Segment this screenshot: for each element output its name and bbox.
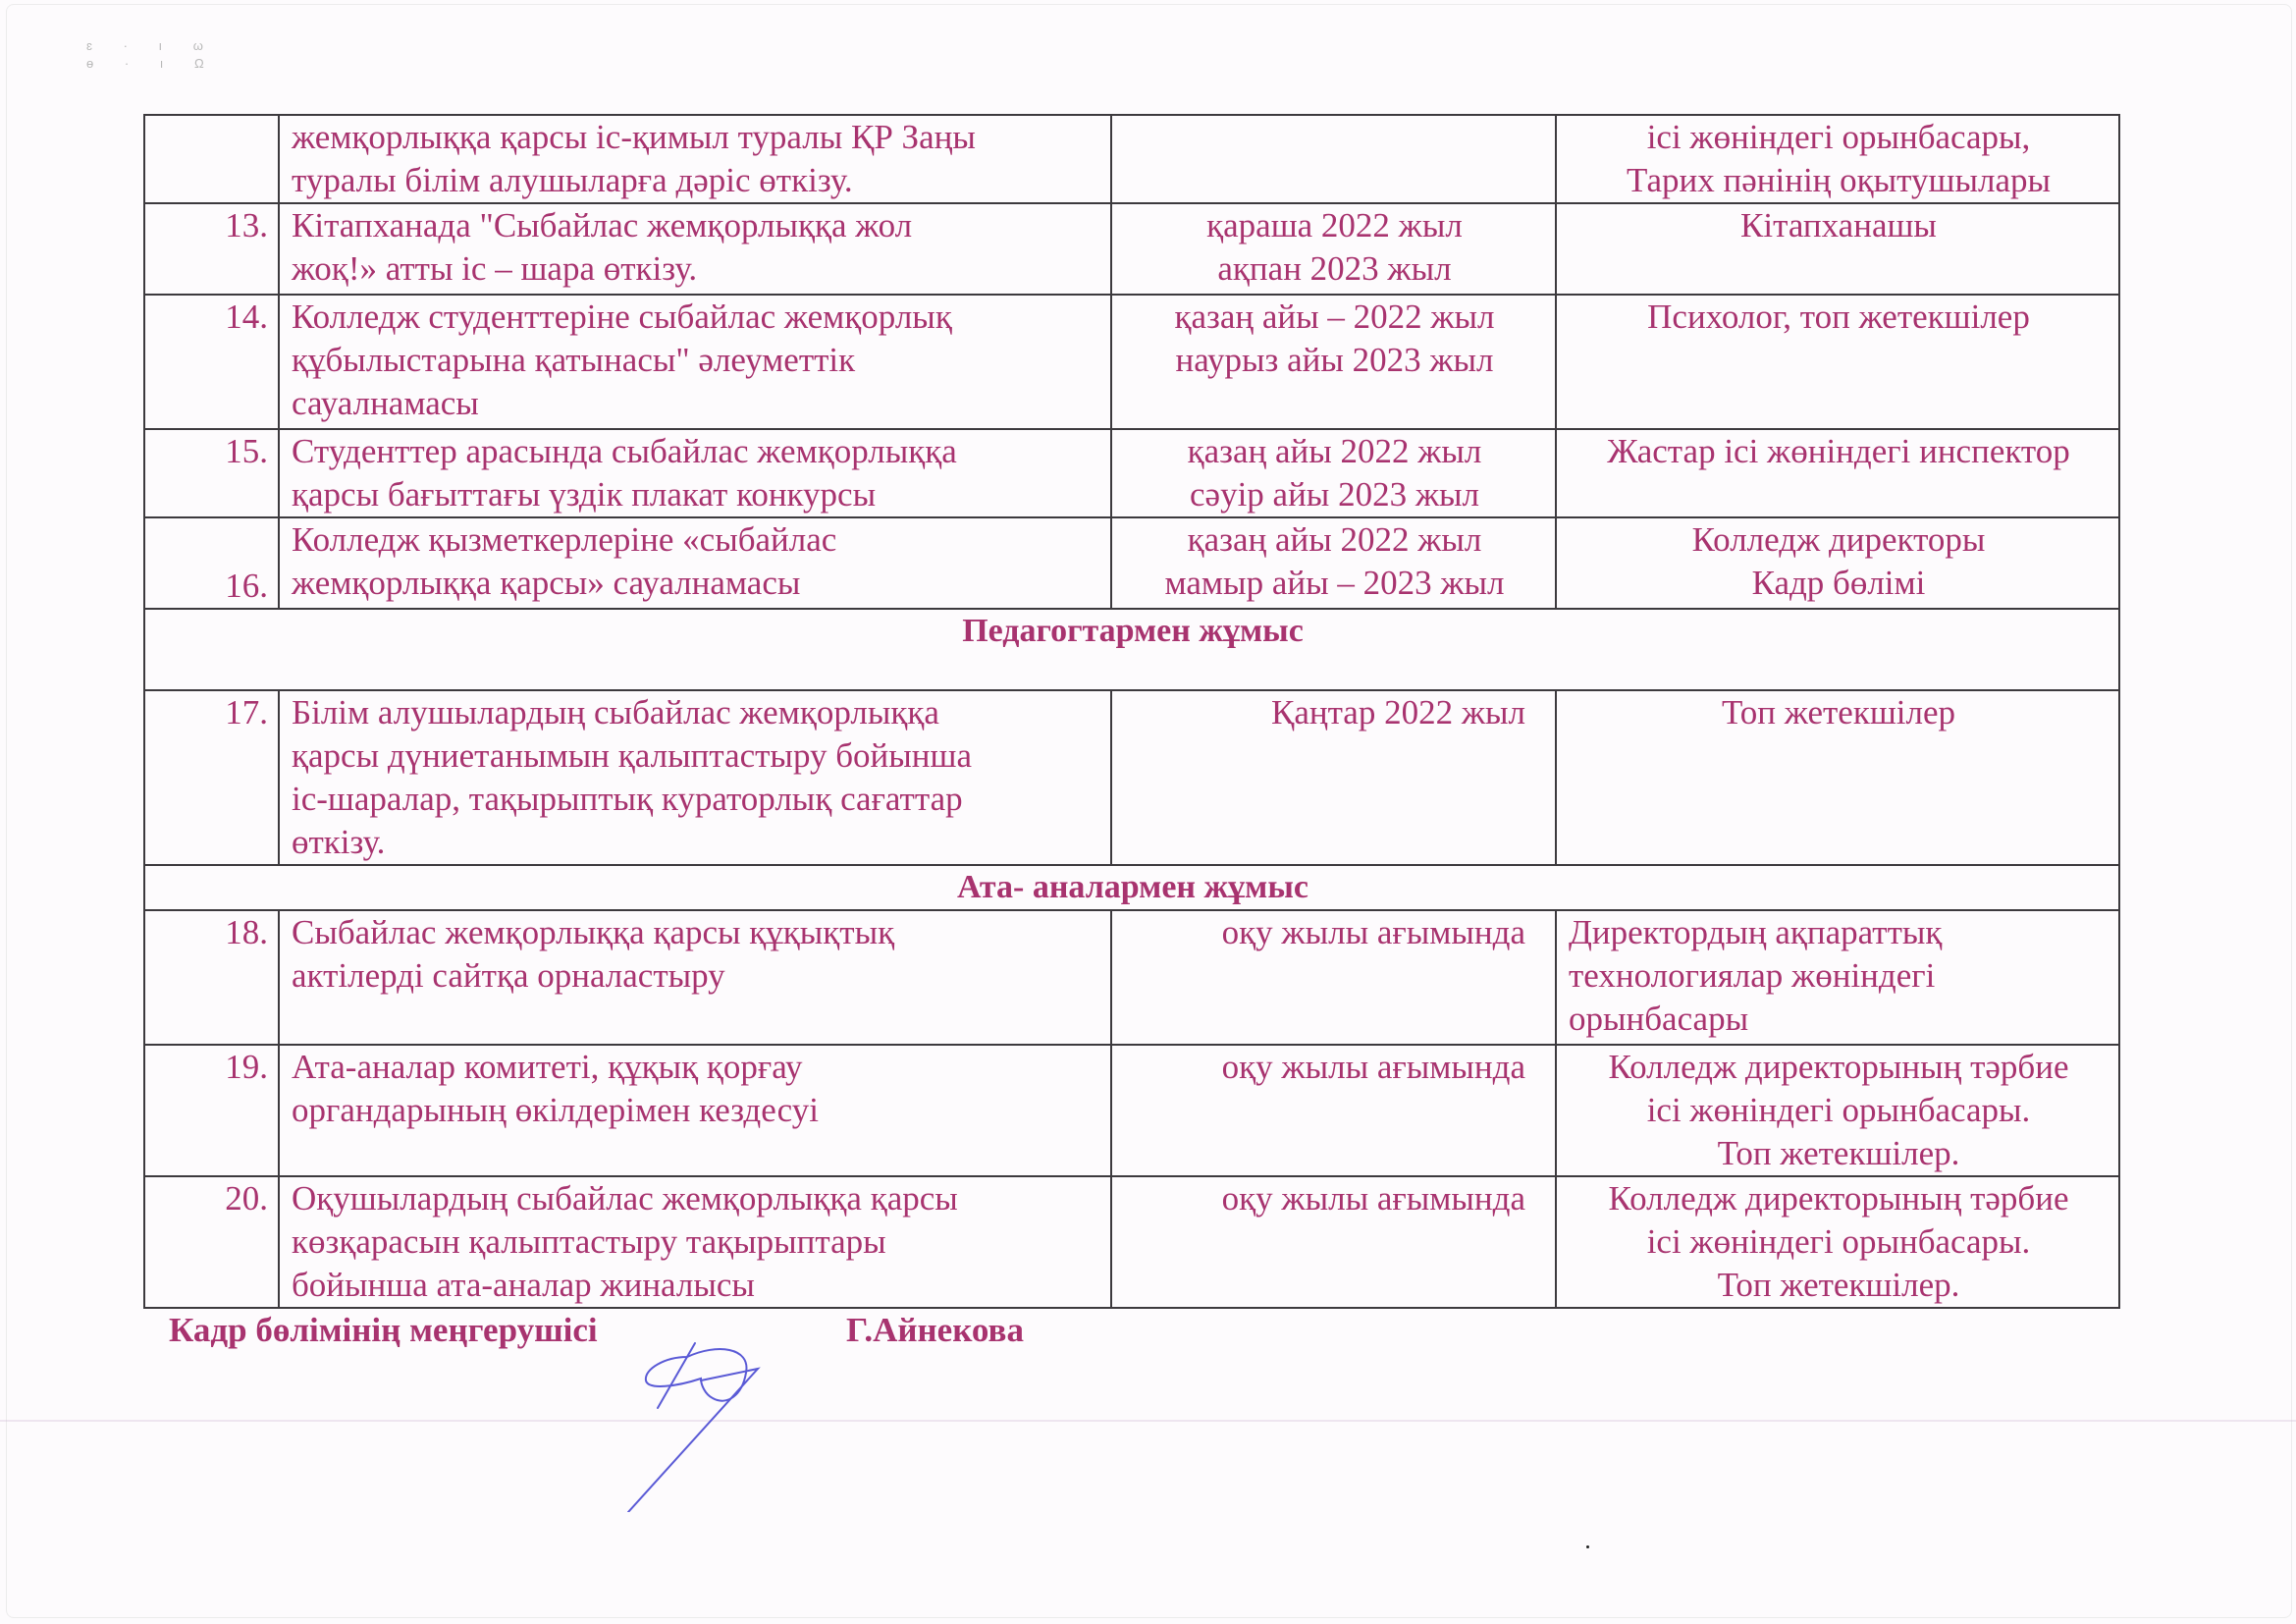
cell-text-line: Топ жетекшілер <box>1569 691 2109 734</box>
activity-cell: Колледж қызметкерлеріне «сыбайласжемқорл… <box>279 517 1111 609</box>
row-number: 14. <box>144 295 279 429</box>
cell-text-line: оқу жылы ағымында <box>1124 911 1525 954</box>
cell-text-line: Колледж директорының тәрбие <box>1569 1046 2109 1089</box>
date-cell: қараша 2022 жылақпан 2023 жыл <box>1111 203 1556 295</box>
cell-text-line: ақпан 2023 жыл <box>1124 247 1545 291</box>
cell-text-line: оқу жылы ағымында <box>1124 1177 1525 1220</box>
cell-text-line: туралы білім алушыларға дәріс өткізу. <box>292 159 1100 202</box>
activity-cell: Оқушылардың сыбайлас жемқорлыққа қарсыкө… <box>279 1176 1111 1308</box>
date-cell: қазаң айы – 2022 жылнаурыз айы 2023 жыл <box>1111 295 1556 429</box>
responsible-cell: Колледж директорыКадр бөлімі <box>1556 517 2119 609</box>
date-cell: оқу жылы ағымында <box>1111 910 1556 1045</box>
cell-text-line: Ата-аналар комитеті, құқық қорғау <box>292 1046 1100 1089</box>
cell-text-line: органдарының өкілдерімен кездесуі <box>292 1089 1100 1132</box>
activity-cell: Ата-аналар комитеті, құқық қорғауорганда… <box>279 1045 1111 1176</box>
row-number: 16. <box>144 517 279 609</box>
table-row: 13. Кітапханада "Сыбайлас жемқорлыққа жо… <box>144 203 2119 295</box>
cell-text-line: орынбасары <box>1569 998 2109 1041</box>
cell-text-line: Кітапханада "Сыбайлас жемқорлыққа жол <box>292 204 1100 247</box>
row-number: 18. <box>144 910 279 1045</box>
cell-text-line: Колледж қызметкерлеріне «сыбайлас <box>292 518 1100 562</box>
section-header-row: Педагогтармен жұмыс <box>144 609 2119 690</box>
responsible-cell: Психолог, топ жетекшілер <box>1556 295 2119 429</box>
activity-cell: Кітапханада "Сыбайлас жемқорлыққа жолжоқ… <box>279 203 1111 295</box>
table-row: 15. Студенттер арасында сыбайлас жемқорл… <box>144 429 2119 517</box>
table-row: 18. Сыбайлас жемқорлыққа қарсы құқықтықа… <box>144 910 2119 1045</box>
handwritten-signature-icon <box>618 1326 785 1512</box>
responsible-cell: Жастар ісі жөніндегі инспектор <box>1556 429 2119 517</box>
cell-text-line: Кадр бөлімі <box>1569 562 2109 605</box>
cell-text-line: қарсы дүниетанымын қалыптастыру бойынша <box>292 734 1100 778</box>
cell-text-line: жемқорлыққа қарсы іс-қимыл туралы ҚР Заң… <box>292 116 1100 159</box>
activity-cell: Білім алушылардың сыбайлас жемқорлыққақа… <box>279 690 1111 865</box>
responsible-cell: Колледж директорының тәрбиеісі жөніндегі… <box>1556 1045 2119 1176</box>
activity-cell: жемқорлыққа қарсы іс-қимыл туралы ҚР Заң… <box>279 115 1111 203</box>
cell-text-line: Оқушылардың сыбайлас жемқорлыққа қарсы <box>292 1177 1100 1220</box>
cell-text-line: қазаң айы – 2022 жыл <box>1124 296 1545 339</box>
responsible-cell: ісі жөніндегі орынбасары,Тарих пәнінің о… <box>1556 115 2119 203</box>
cell-text-line: Сыбайлас жемқорлыққа қарсы құқықтық <box>292 911 1100 954</box>
cell-text-line: бойынша ата-аналар жиналысы <box>292 1264 1100 1307</box>
cell-text-line: өткізу. <box>292 821 1100 864</box>
cell-text-line: қазаң айы 2022 жыл <box>1124 430 1545 473</box>
cell-text-line: Жастар ісі жөніндегі инспектор <box>1569 430 2109 473</box>
cell-text-line: наурыз айы 2023 жыл <box>1124 339 1545 382</box>
cell-text-line: Топ жетекшілер. <box>1569 1132 2109 1175</box>
responsible-cell: Топ жетекшілер <box>1556 690 2119 865</box>
cell-text-line: актілерді сайтқа орналастыру <box>292 954 1100 998</box>
cell-text-line: Тарих пәнінің оқытушылары <box>1569 159 2109 202</box>
cell-text-line: ісі жөніндегі орынбасары. <box>1569 1089 2109 1132</box>
cell-text-line: технологиялар жөніндегі <box>1569 954 2109 998</box>
cell-text-line: Колледж директоры <box>1569 518 2109 562</box>
date-cell <box>1111 115 1556 203</box>
row-number: 15. <box>144 429 279 517</box>
activity-cell: Студенттер арасында сыбайлас жемқорлыққа… <box>279 429 1111 517</box>
cell-text-line: Директордың ақпараттық <box>1569 911 2109 954</box>
cell-text-line: құбылыстарына қатынасы" әлеуметтік <box>292 339 1100 382</box>
table-row: 19. Ата-аналар комитеті, құқық қорғауорг… <box>144 1045 2119 1176</box>
cell-text-line: ісі жөніндегі орынбасары, <box>1569 116 2109 159</box>
cell-text-line: сәуір айы 2023 жыл <box>1124 473 1545 516</box>
responsible-cell: Кітапханашы <box>1556 203 2119 295</box>
table-row: жемқорлыққа қарсы іс-қимыл туралы ҚР Заң… <box>144 115 2119 203</box>
date-cell: қазаң айы 2022 жылмамыр айы – 2023 жыл <box>1111 517 1556 609</box>
section-title-teachers: Педагогтармен жұмыс <box>144 609 2119 690</box>
cell-text-line: Колледж студенттеріне сыбайлас жемқорлық <box>292 296 1100 339</box>
date-cell: қазаң айы 2022 жылсәуір айы 2023 жыл <box>1111 429 1556 517</box>
cell-text-line: іс-шаралар, тақырыптық кураторлық сағатт… <box>292 778 1100 821</box>
cell-text-line: Студенттер арасында сыбайлас жемқорлыққа <box>292 430 1100 473</box>
row-number: 13. <box>144 203 279 295</box>
scan-marks: ɛ · ı ω ɵ · ı Ω <box>86 37 218 73</box>
action-plan-table: жемқорлыққа қарсы іс-қимыл туралы ҚР Заң… <box>143 114 2120 1309</box>
cell-text-line: ісі жөніндегі орынбасары. <box>1569 1220 2109 1264</box>
cell-text-line: Қаңтар 2022 жыл <box>1124 691 1525 734</box>
plan-table-body: жемқорлыққа қарсы іс-қимыл туралы ҚР Заң… <box>144 115 2119 1308</box>
activity-cell: Сыбайлас жемқорлыққа қарсы құқықтықактіл… <box>279 910 1111 1045</box>
cell-text-line: Білім алушылардың сыбайлас жемқорлыққа <box>292 691 1100 734</box>
cell-text-line: сауалнамасы <box>292 382 1100 425</box>
cell-text-line: жоқ!» атты іс – шара өткізу. <box>292 247 1100 291</box>
cell-text-line: оқу жылы ағымында <box>1124 1046 1525 1089</box>
date-cell: Қаңтар 2022 жыл <box>1111 690 1556 865</box>
date-cell: оқу жылы ағымында <box>1111 1176 1556 1308</box>
section-title-parents: Ата- аналармен жұмыс <box>144 865 2119 910</box>
row-number <box>144 115 279 203</box>
cell-text-line: Топ жетекшілер. <box>1569 1264 2109 1307</box>
table-row: 17. Білім алушылардың сыбайлас жемқорлық… <box>144 690 2119 865</box>
section-header-row: Ата- аналармен жұмыс <box>144 865 2119 910</box>
table-row: 20. Оқушылардың сыбайлас жемқорлыққа қар… <box>144 1176 2119 1308</box>
date-cell: оқу жылы ағымында <box>1111 1045 1556 1176</box>
signer-name: Г.Айнекова <box>846 1309 1024 1352</box>
scan-mark-line: ɵ · ı Ω <box>86 55 218 73</box>
row-number: 17. <box>144 690 279 865</box>
cell-text-line: қазаң айы 2022 жыл <box>1124 518 1545 562</box>
scan-artifact-line <box>0 1420 2296 1422</box>
responsible-cell: Колледж директорының тәрбиеісі жөніндегі… <box>1556 1176 2119 1308</box>
cell-text-line: жемқорлыққа қарсы» сауалнамасы <box>292 562 1100 605</box>
table-row: 14. Колледж студенттеріне сыбайлас жемқо… <box>144 295 2119 429</box>
signer-position: Кадр бөлімінің меңгерушісі <box>169 1309 598 1352</box>
cell-text-line: Кітапханашы <box>1569 204 2109 247</box>
activity-cell: Колледж студенттеріне сыбайлас жемқорлық… <box>279 295 1111 429</box>
row-number: 20. <box>144 1176 279 1308</box>
cell-text-line: қарсы бағыттағы үздік плакат конкурсы <box>292 473 1100 516</box>
table-row: 16. Колледж қызметкерлеріне «сыбайласжем… <box>144 517 2119 609</box>
cell-text-line: Колледж директорының тәрбие <box>1569 1177 2109 1220</box>
cell-text-line: қараша 2022 жыл <box>1124 204 1545 247</box>
scan-speck <box>1586 1545 1589 1548</box>
responsible-cell: Директордың ақпараттықтехнологиялар жөні… <box>1556 910 2119 1045</box>
cell-text-line: көзқарасын қалыптастыру тақырыптары <box>292 1220 1100 1264</box>
row-number: 19. <box>144 1045 279 1176</box>
cell-text-line: мамыр айы – 2023 жыл <box>1124 562 1545 605</box>
scan-mark-line: ɛ · ı ω <box>86 37 218 55</box>
cell-text-line: Психолог, топ жетекшілер <box>1569 296 2109 339</box>
